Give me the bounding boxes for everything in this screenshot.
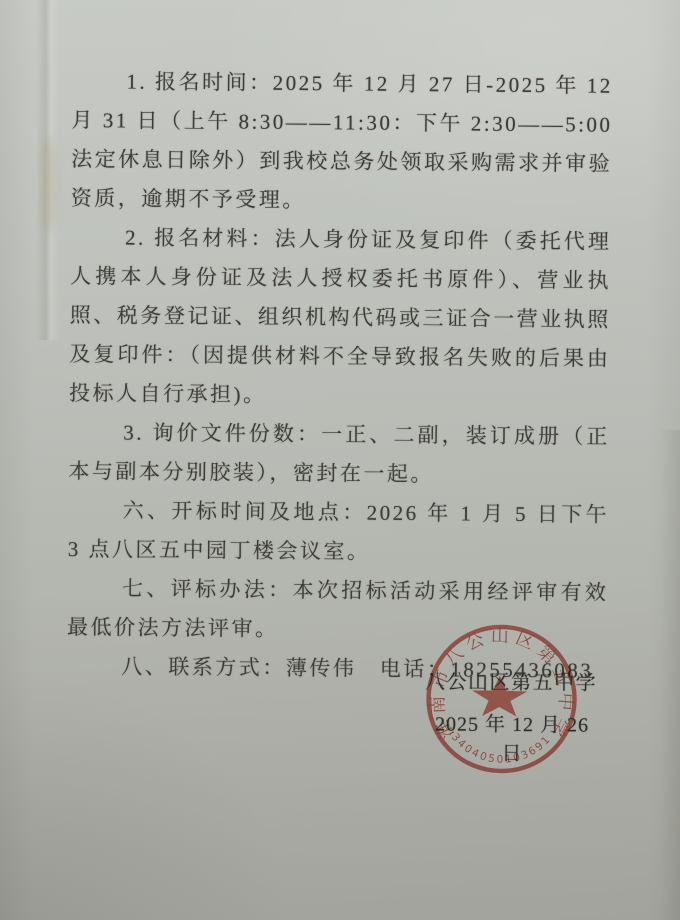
paragraph-document-copies: 3. 询价文件份数：一正、二副，装订成册（正本与副本分别胶装），密封在一起。: [68, 413, 610, 496]
paragraph-signup-time: 1. 报名时间：2025 年 12 月 27 日-2025 年 12 月 31 …: [71, 62, 613, 223]
paper-smudge: [42, 136, 56, 232]
document-body: 1. 报名时间：2025 年 12 月 27 日-2025 年 12 月 31 …: [67, 62, 613, 691]
paragraph-signup-materials: 2. 报名材料：法人身份证及复印件（委托代理人携本人身份证及法人授权委托书原件）…: [69, 218, 612, 418]
signature-date: 2025 年 12 月 26 日: [426, 707, 598, 766]
paragraph-bid-opening: 六、开标时间及地点：2026 年 1 月 5 日下午 3 点八区五中园丁楼会议室…: [68, 491, 610, 574]
scanned-document-page: 1. 报名时间：2025 年 12 月 27 日-2025 年 12 月 31 …: [0, 0, 680, 920]
paper-edge-shadow: [654, 430, 680, 920]
signature-organization: 八公山区第五中学: [422, 665, 600, 695]
